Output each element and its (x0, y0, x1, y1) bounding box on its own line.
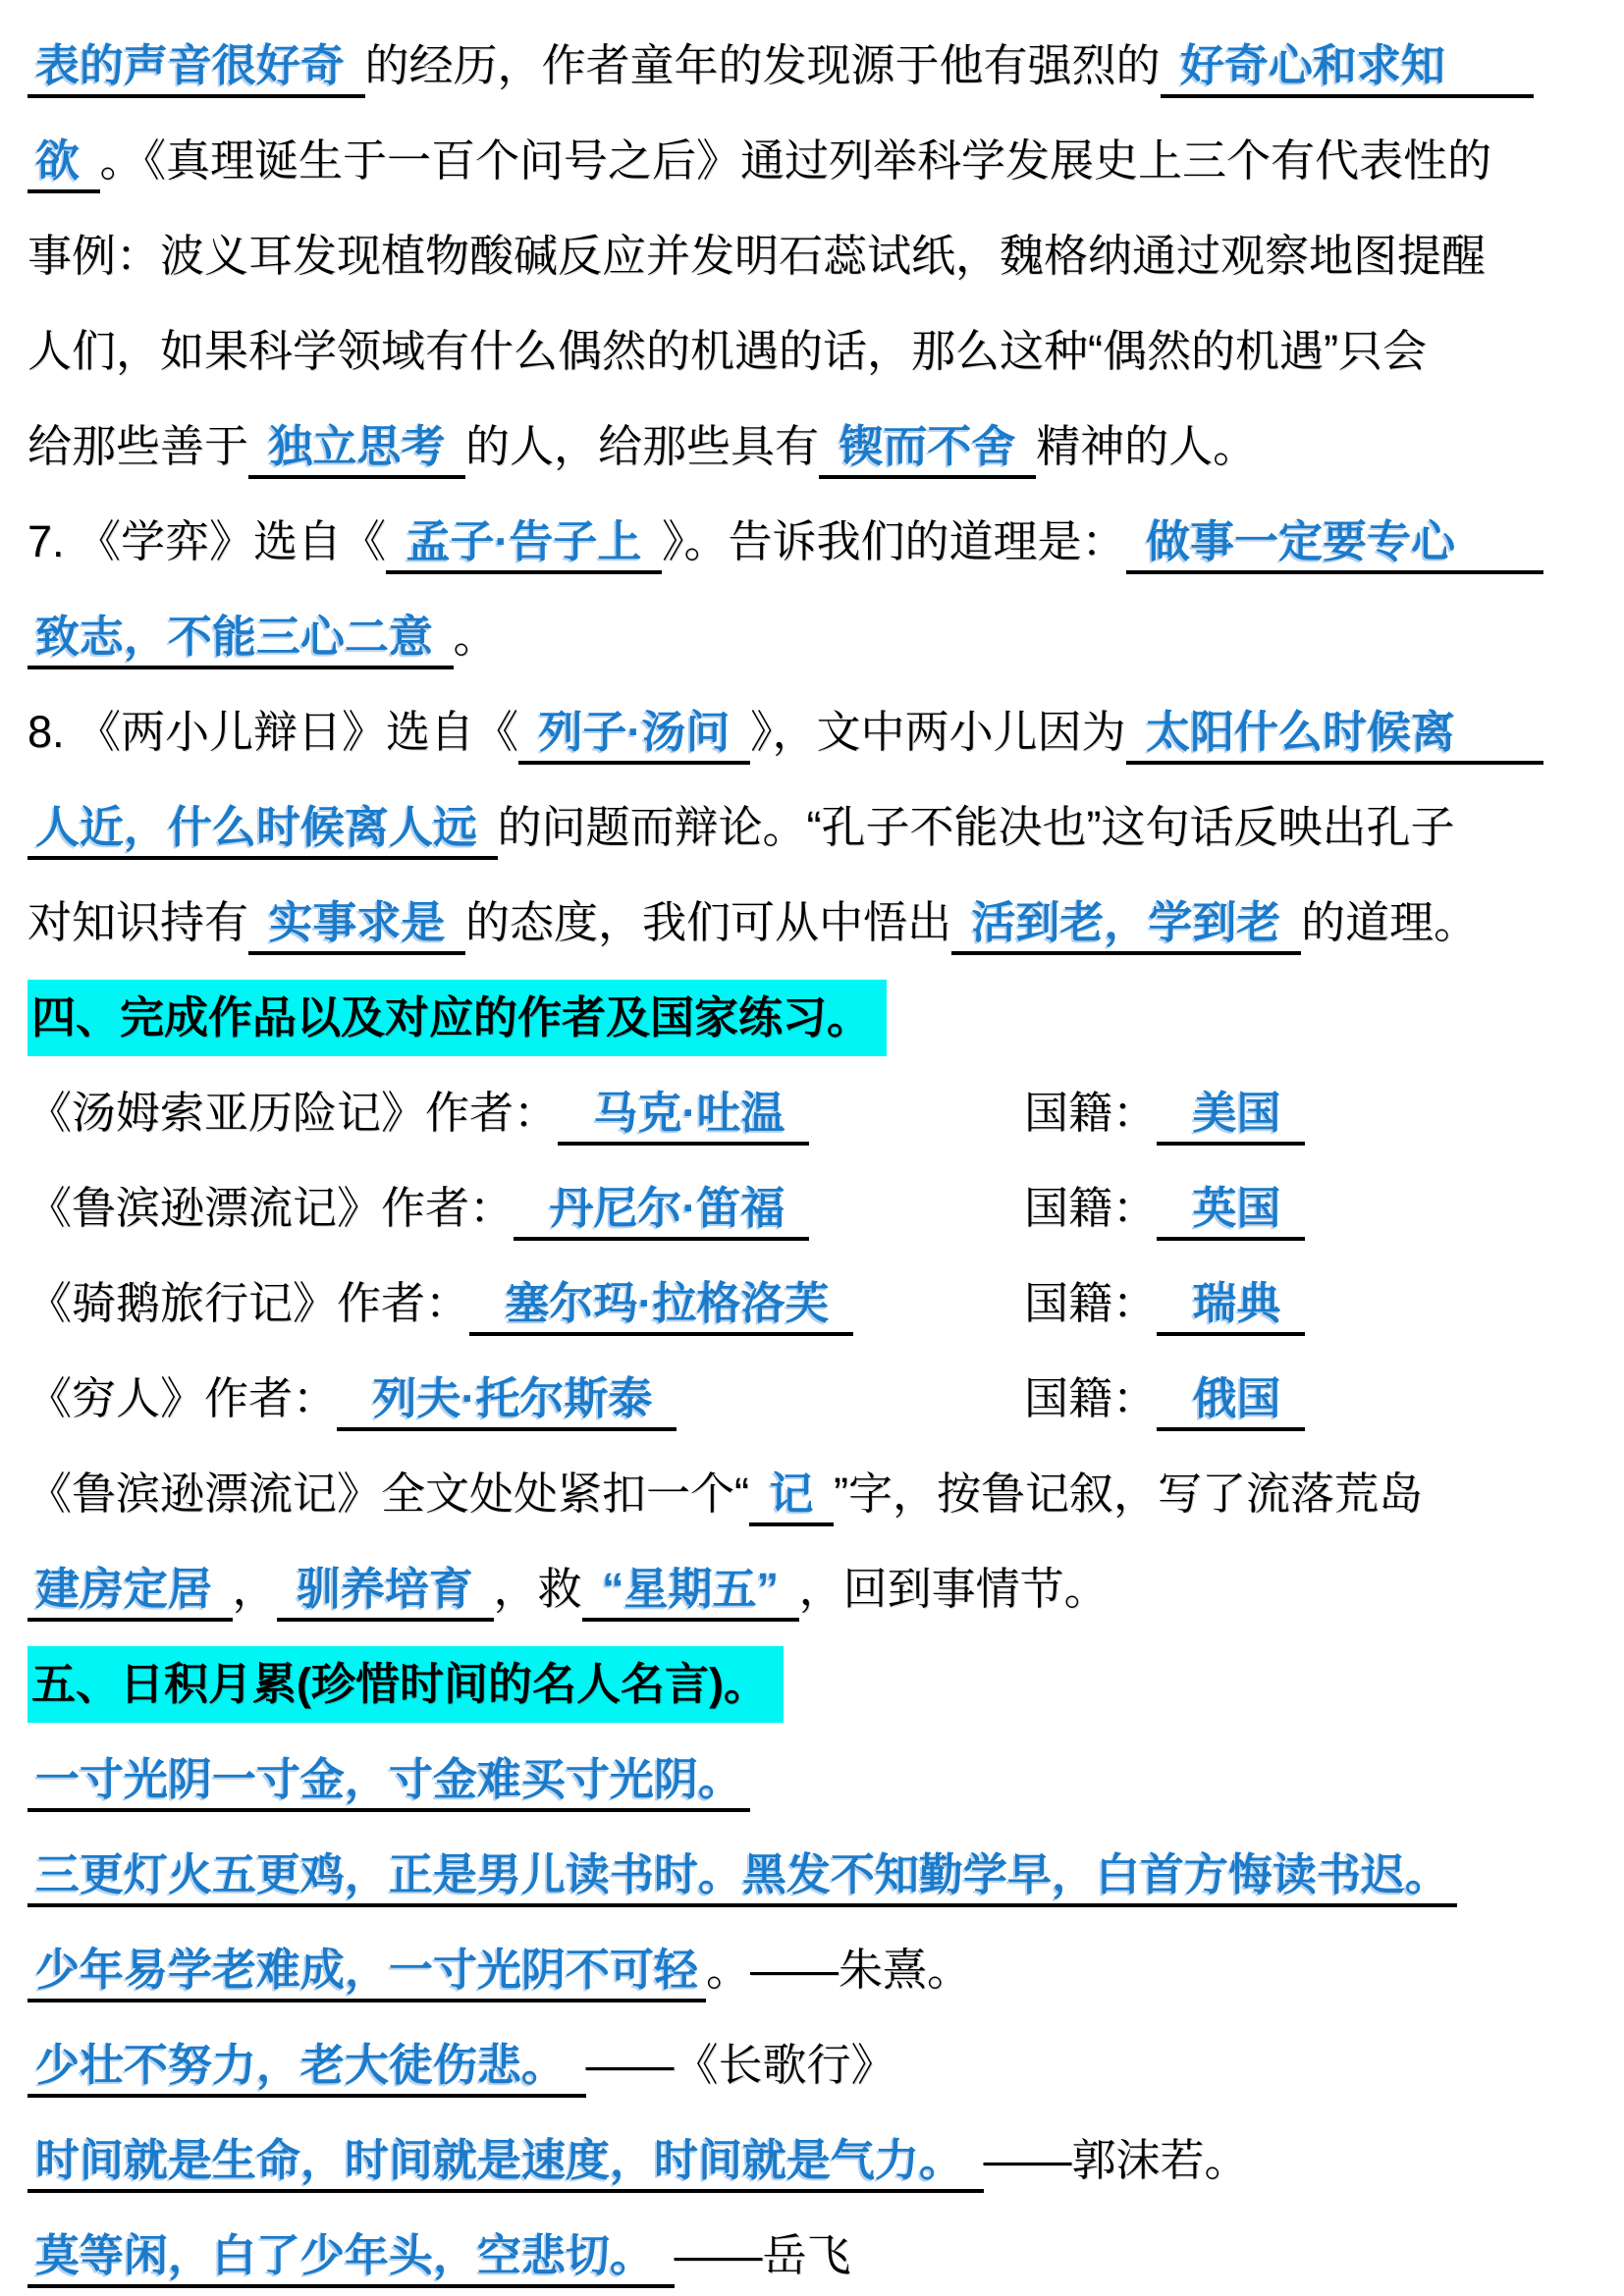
answer-blank: 实事求是 (248, 897, 465, 955)
plain-text: 《骑鹅旅行记》作者： (27, 1278, 469, 1328)
text-line: 少壮不努力，老大徒伤悲。 ——《长歌行》 (27, 2017, 1597, 2112)
author-row: 《穷人》作者： 列夫·托尔斯泰 国籍： 俄国 (27, 1351, 1597, 1446)
plain-text: 》，文中两小儿因为 (750, 707, 1126, 757)
answer-blank: 表的声音很好奇 (27, 40, 365, 98)
text-line: 一寸光阴一寸金，寸金难买寸光阴。 (27, 1732, 1597, 1827)
answer-blank: 俄国 (1157, 1373, 1305, 1431)
answer-blank: 活到老，学到老 (951, 897, 1301, 955)
section-header-label: 四、完成作品以及对应的作者及国家练习。 (27, 980, 887, 1056)
plain-text: 。——朱熹。 (706, 1945, 971, 1995)
answer-blank: 太阳什么时候离 (1126, 707, 1544, 765)
plain-text: 国籍： (1024, 1278, 1157, 1328)
plain-text: 。 (454, 612, 498, 662)
plain-text: ，回到事情节。 (799, 1564, 1109, 1614)
plain-text: ——郭沫若。 (984, 2135, 1249, 2185)
plain-text: 《鲁滨逊漂流记》作者： (27, 1183, 514, 1233)
answer-blank: 丹尼尔·笛福 (514, 1183, 809, 1241)
plain-text: ，救 (494, 1564, 582, 1614)
plain-text: 的道理。 (1301, 897, 1478, 947)
plain-text: ——《长歌行》 (586, 2040, 895, 2090)
plain-text: 》。告诉我们的道理是： (662, 516, 1126, 566)
text-line: 致志，不能三心二意 。 (27, 589, 1597, 684)
plain-text: 的态度，我们可从中悟出 (465, 897, 951, 947)
answer-blank: 美国 (1157, 1088, 1305, 1146)
answer-blank: 时间就是生命，时间就是速度，时间就是气力。 (27, 2135, 984, 2193)
answer-blank: 三更灯火五更鸡，正是男儿读书时。黑发不知勤学早，白首方悔读书迟。 (27, 1849, 1457, 1907)
plain-text: 给那些善于 (27, 421, 248, 471)
plain-text: 的人，给那些具有 (465, 421, 819, 471)
text-line: 欲 。《真理诞生于一百个问号之后》通过列举科学发展史上三个有代表性的 (27, 113, 1597, 208)
answer-blank: 塞尔玛·拉格洛芙 (469, 1278, 853, 1336)
answer-blank: 人近，什么时候离人远 (27, 802, 498, 860)
text-line: 时间就是生命，时间就是速度，时间就是气力。 ——郭沫若。 (27, 2112, 1597, 2208)
answer-blank: 做事一定要专心 (1126, 516, 1544, 574)
plain-text: 对知识持有 (27, 897, 248, 947)
answer-blank: 建房定居 (27, 1564, 233, 1622)
plain-text: 精神的人。 (1036, 421, 1257, 471)
plain-text: 《鲁滨逊漂流记》全文处处紧扣一个“ (27, 1468, 749, 1519)
text-line: 三更灯火五更鸡，正是男儿读书时。黑发不知勤学早，白首方悔读书迟。 (27, 1827, 1597, 1922)
text-line: 给那些善于 独立思考 的人，给那些具有 锲而不舍 精神的人。 (27, 399, 1597, 494)
text-line: 《鲁滨逊漂流记》全文处处紧扣一个“ 记 ”字，按鲁记叙，写了流落荒岛 (27, 1446, 1597, 1541)
author-row: 《鲁滨逊漂流记》作者： 丹尼尔·笛福 国籍： 英国 (27, 1160, 1597, 1255)
plain-text: 的经历，作者童年的发现源于他有强烈的 (365, 40, 1161, 90)
answer-blank: 孟子·告子上 (386, 516, 662, 574)
plain-text: 7. 《学弈》选自《 (27, 516, 386, 566)
answer-blank: 欲 (27, 135, 100, 193)
answer-blank: 少年易学老难成，一寸光阴不可轻 (27, 1945, 706, 2002)
plain-text: ， (233, 1564, 277, 1614)
author-row: 《汤姆索亚历险记》作者： 马克·吐温 国籍： 美国 (27, 1065, 1597, 1160)
worksheet-page: 表的声音很好奇 的经历，作者童年的发现源于他有强烈的 好奇心和求知欲 。《真理诞… (0, 0, 1624, 2296)
answer-blank: 莫等闲，白了少年头，空悲切。 (27, 2230, 675, 2288)
text-line: 人近，什么时候离人远 的问题而辩论。“孔子不能决也”这句话反映出孔子 (27, 779, 1597, 875)
plain-text: ——岳飞 (675, 2230, 851, 2280)
plain-text: 的问题而辩论。“孔子不能决也”这句话反映出孔子 (498, 802, 1455, 852)
text-line: 建房定居 ， 驯养培育 ，救 “星期五” ，回到事情节。 (27, 1541, 1597, 1636)
answer-blank: 英国 (1157, 1183, 1305, 1241)
text-line: 事例：波义耳发现植物酸碱反应并发明石蕊试纸，魏格纳通过观察地图提醒 (27, 208, 1597, 303)
answer-blank: 致志，不能三心二意 (27, 612, 454, 669)
text-line: 表的声音很好奇 的经历，作者童年的发现源于他有强烈的 好奇心和求知 (27, 18, 1597, 113)
plain-text: 。《真理诞生于一百个问号之后》通过列举科学发展史上三个有代表性的 (100, 135, 1492, 186)
plain-text: 8. 《两小儿辩日》选自《 (27, 707, 518, 757)
answer-blank: 列夫·托尔斯泰 (337, 1373, 677, 1431)
text-line: 莫等闲，白了少年头，空悲切。 ——岳飞 (27, 2208, 1597, 2296)
nationality-group: 国籍： 美国 (1024, 1065, 1305, 1160)
answer-blank: 记 (749, 1468, 834, 1526)
text-line: 7. 《学弈》选自《 孟子·告子上 》。告诉我们的道理是： 做事一定要专心 (27, 494, 1597, 589)
answer-blank: 少壮不努力，老大徒伤悲。 (27, 2040, 586, 2098)
plain-text: 国籍： (1024, 1088, 1157, 1138)
nationality-group: 国籍： 俄国 (1024, 1351, 1305, 1446)
answer-blank: 列子·汤问 (518, 707, 750, 765)
text-line: 人们，如果科学领域有什么偶然的机遇的话，那么这种“偶然的机遇”只会 (27, 303, 1597, 399)
plain-text: 《汤姆索亚历险记》作者： (27, 1088, 558, 1138)
answer-blank: 独立思考 (248, 421, 465, 479)
author-row: 《骑鹅旅行记》作者： 塞尔玛·拉格洛芙 国籍： 瑞典 (27, 1255, 1597, 1351)
plain-text: 《穷人》作者： (27, 1373, 337, 1423)
answer-blank: 瑞典 (1157, 1278, 1305, 1336)
plain-text: 事例：波义耳发现植物酸碱反应并发明石蕊试纸，魏格纳通过观察地图提醒 (27, 231, 1486, 281)
plain-text: 国籍： (1024, 1183, 1157, 1233)
plain-text: 国籍： (1024, 1373, 1157, 1423)
answer-blank: “星期五” (582, 1564, 799, 1622)
text-line: 对知识持有 实事求是 的态度，我们可从中悟出 活到老，学到老 的道理。 (27, 875, 1597, 970)
answer-blank: 好奇心和求知 (1161, 40, 1535, 98)
section-header: 四、完成作品以及对应的作者及国家练习。 (27, 970, 1597, 1065)
answer-blank: 一寸光阴一寸金，寸金难买寸光阴。 (27, 1754, 750, 1812)
nationality-group: 国籍： 瑞典 (1024, 1255, 1305, 1351)
plain-text: 人们，如果科学领域有什么偶然的机遇的话，那么这种“偶然的机遇”只会 (27, 326, 1427, 376)
plain-text: ”字，按鲁记叙，写了流落荒岛 (834, 1468, 1423, 1519)
answer-blank: 驯养培育 (277, 1564, 494, 1622)
answer-blank: 马克·吐温 (558, 1088, 809, 1146)
answer-blank: 锲而不舍 (819, 421, 1036, 479)
section-header: 五、日积月累(珍惜时间的名人名言)。 (27, 1636, 1597, 1732)
text-line: 8. 《两小儿辩日》选自《 列子·汤问 》，文中两小儿因为 太阳什么时候离 (27, 684, 1597, 779)
section-header-label: 五、日积月累(珍惜时间的名人名言)。 (27, 1646, 784, 1723)
nationality-group: 国籍： 英国 (1024, 1160, 1305, 1255)
text-line: 少年易学老难成，一寸光阴不可轻。——朱熹。 (27, 1922, 1597, 2017)
